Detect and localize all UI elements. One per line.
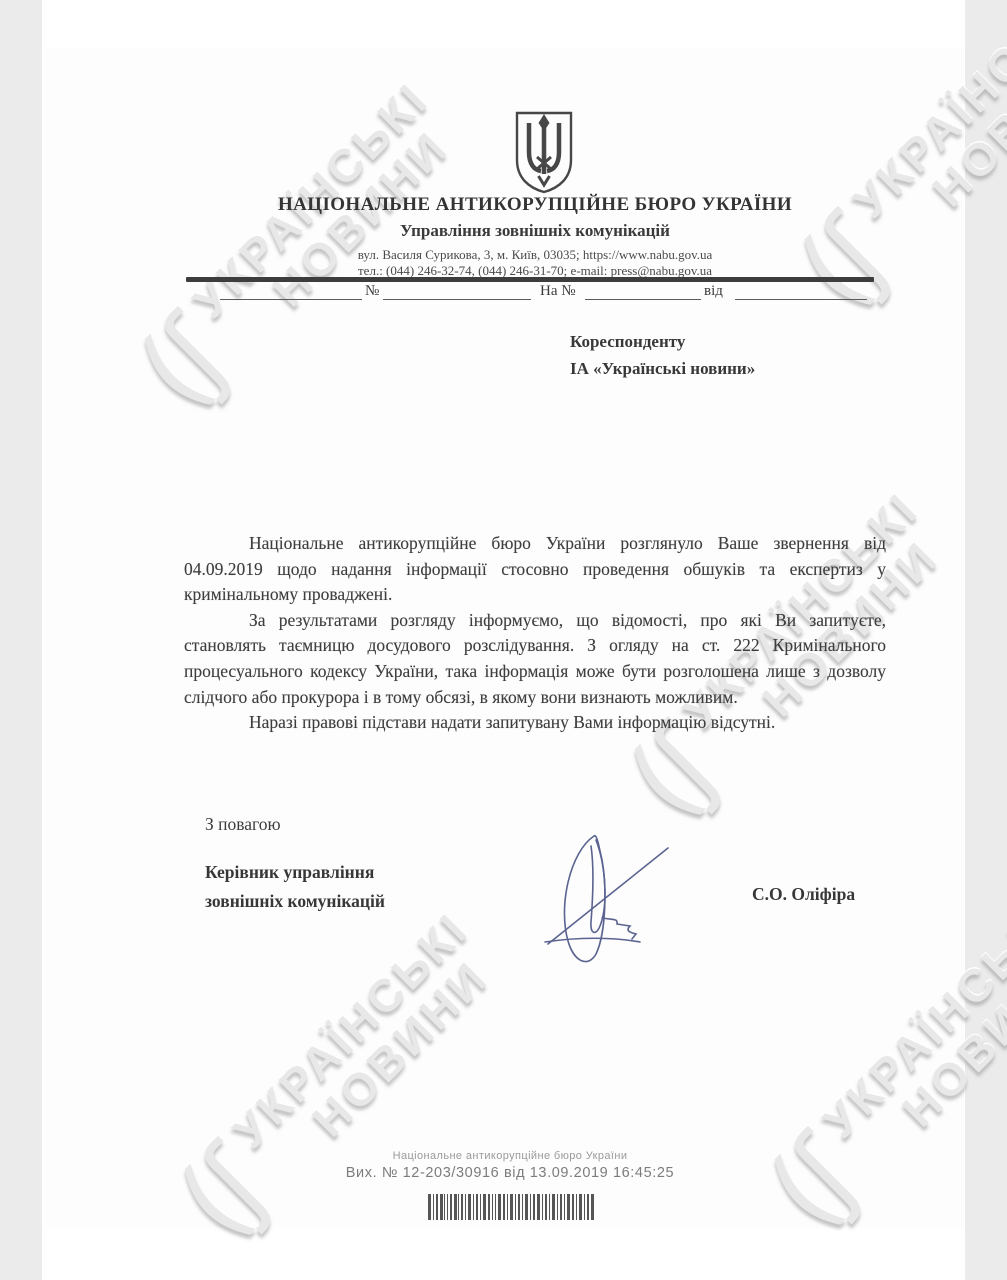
letter-body: Національне антикорупційне бюро України … <box>184 531 886 736</box>
blank-underline <box>585 283 701 300</box>
header-divider-rule <box>186 277 874 282</box>
signer-position-line2: зовнішніх комунікацій <box>205 887 385 916</box>
recipient-block: Кореспонденту ІА «Українські новини» <box>570 328 755 382</box>
ukraine-trident-emblem-icon <box>512 110 576 196</box>
department-name: Управління зовнішніх комунікацій <box>185 221 885 241</box>
date-label: від <box>704 283 723 300</box>
blank-underline <box>383 283 531 300</box>
reference-number-line: № На № від <box>185 283 875 305</box>
barcode <box>428 1194 595 1220</box>
scanned-letter-page: (ʃ УКРАЇНСЬКІНОВИНИ (ʃ УКРАЇНСЬКІНОВИНИ … <box>0 0 1007 1280</box>
registration-stamp: Національне антикорупційне бюро України … <box>300 1150 720 1181</box>
stamp-reference-number: Вих. № 12-203/30916 від 13.09.2019 16:45… <box>300 1165 720 1181</box>
signer-position: Керівник управління зовнішніх комунікаці… <box>205 858 385 916</box>
stamp-organization: Національне антикорупційне бюро України <box>300 1150 720 1162</box>
organization-name: НАЦІОНАЛЬНЕ АНТИКОРУПЦІЙНЕ БЮРО УКРАЇНИ <box>185 194 885 216</box>
blank-underline <box>735 283 867 300</box>
body-paragraph-3: Наразі правові підстави надати запитуван… <box>184 710 886 736</box>
handwritten-signature <box>518 826 678 981</box>
number-label: № <box>365 283 379 300</box>
body-paragraph-1: Національне антикорупційне бюро України … <box>184 531 886 608</box>
signer-position-line1: Керівник управління <box>205 858 385 887</box>
recipient-agency: ІА «Українські новини» <box>570 355 755 382</box>
salutation: З повагою <box>205 814 281 835</box>
address-line: вул. Василя Сурикова, 3, м. Київ, 03035;… <box>185 247 885 263</box>
letter-content: НАЦІОНАЛЬНЕ АНТИКОРУПЦІЙНЕ БЮРО УКРАЇНИ … <box>0 0 1007 1280</box>
signer-name: С.О. Оліфіра <box>752 884 855 905</box>
blank-underline <box>220 283 362 300</box>
body-paragraph-2: За результатами розгляду інформуємо, що … <box>184 608 886 710</box>
recipient-title: Кореспонденту <box>570 328 755 355</box>
reply-to-number-label: На № <box>540 283 576 300</box>
